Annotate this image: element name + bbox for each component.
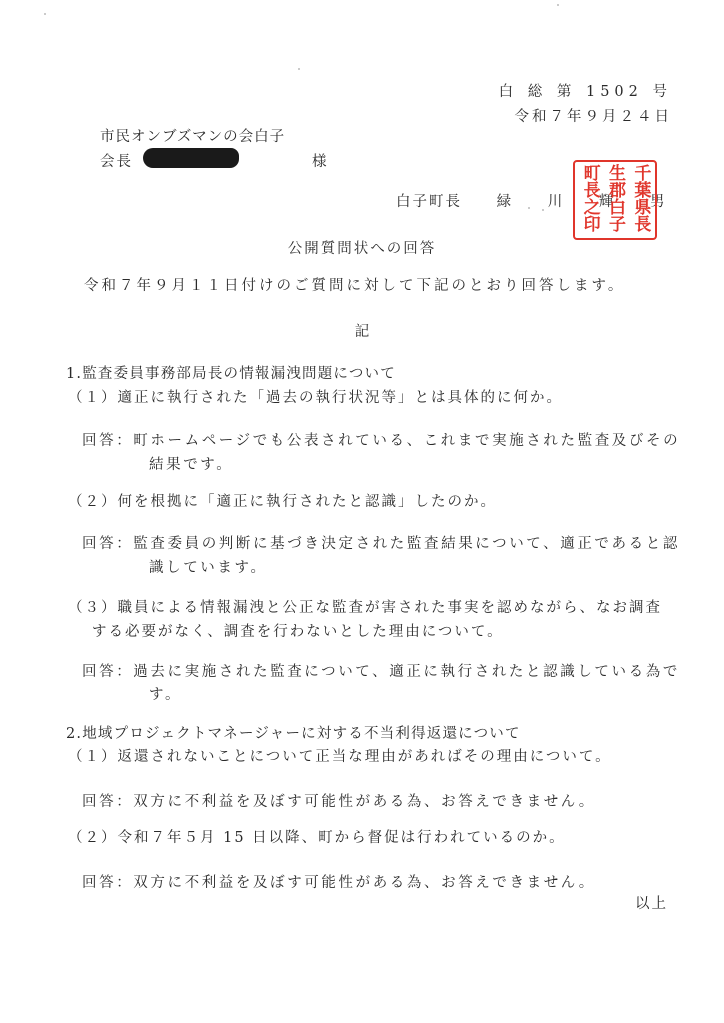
answer-text-continued: 結果です。	[149, 453, 233, 474]
recipient-honorific: 様	[312, 150, 327, 171]
scan-speck	[44, 13, 46, 15]
seal-column: 生郡白子	[606, 164, 624, 236]
seal-text: 生郡白子	[606, 164, 624, 232]
recipient-title: 会長	[100, 150, 133, 171]
official-seal-stamp: 千葉県長 生郡白子 町長之印	[573, 160, 657, 240]
seal-column: 千葉県長	[631, 164, 649, 236]
seal-text: 町長之印	[581, 164, 599, 232]
issue-date: 令和７年９月２４日	[515, 105, 673, 126]
answer-text: 回答：町ホームページでも公表されている、これまで実施された監査及びその	[82, 429, 680, 450]
recipient-organization: 市民オンブズマンの会白子	[100, 125, 285, 146]
answer-text-continued: 識しています。	[149, 556, 268, 577]
question-text: （２）何を根拠に「適正に執行されたと認識」したのか。	[68, 490, 497, 511]
section-heading: 1.監査委員事務部局長の情報漏洩問題について	[66, 362, 396, 383]
answer-text: 回答：双方に不利益を及ぼす可能性がある為、お答えできません。	[82, 871, 596, 892]
sender-position: 白子町長	[396, 194, 462, 210]
sender-name-part: 川	[548, 194, 565, 210]
seal-column: 町長之印	[581, 164, 599, 236]
scan-speck	[298, 68, 300, 70]
reference-number: 白 総 第 1502 号	[499, 80, 672, 101]
answer-text-continued: す。	[149, 683, 182, 704]
closing-mark: 以上	[635, 892, 668, 913]
question-text: （１）返還されないことについて正当な理由があればその理由について。	[68, 745, 612, 766]
section-heading: 2.地域プロジェクトマネージャーに対する不当利得返還について	[66, 722, 521, 743]
scan-speck	[557, 4, 559, 6]
answer-text: 回答：監査委員の判断に基づき決定された監査結果について、適正であると認	[82, 532, 680, 553]
question-text-continued: する必要がなく、調査を行わないとした理由について。	[92, 620, 504, 641]
scan-speck	[542, 209, 544, 211]
sender-name-part: 緑	[497, 194, 514, 210]
answer-text: 回答：双方に不利益を及ぼす可能性がある為、お答えできません。	[82, 790, 596, 811]
document-title: 公開質問状への回答	[0, 237, 724, 258]
intro-paragraph: 令和７年９月１１日付けのご質問に対して下記のとおり回答します。	[84, 274, 625, 295]
seal-text: 千葉県長	[631, 164, 649, 232]
question-text: （１）適正に執行された「過去の執行状況等」とは具体的に何か。	[68, 386, 563, 407]
redacted-name-mark	[143, 148, 239, 168]
question-text: （２）令和７年５月 15 日以降、町から督促は行われているのか。	[68, 826, 566, 847]
scan-speck	[528, 207, 530, 209]
answer-text: 回答：過去に実施された監査について、適正に執行されたと認識している為で	[82, 660, 680, 681]
ki-marker: 記	[0, 320, 724, 341]
question-text: （３）職員による情報漏洩と公正な監査が害された事実を認めながら、なお調査	[68, 596, 662, 617]
